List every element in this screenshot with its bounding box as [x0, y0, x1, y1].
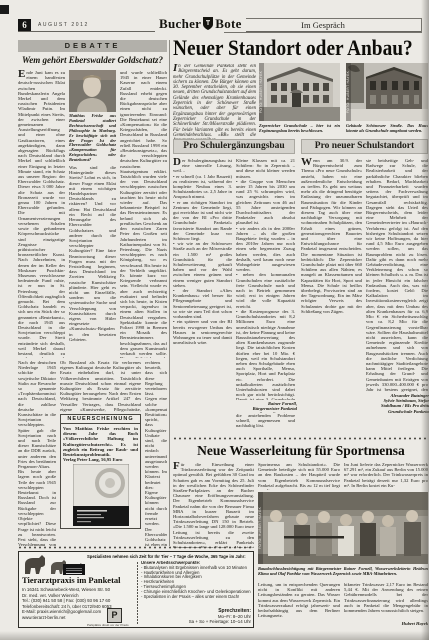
masthead-left: Bucher	[159, 15, 201, 32]
issue-date: AUGUST 2012	[38, 22, 89, 28]
debatte-kicker: DEBATTE	[18, 40, 167, 52]
wasser-col5: bikmeter Trinkwasser 2,17 Euro im Bestan…	[344, 582, 428, 622]
column-divider	[169, 40, 170, 546]
page-edge-shadow-bottom	[0, 631, 429, 640]
pipeline-photo-credit: FOTO: HUBERT HAYEK	[258, 492, 263, 564]
portrait-caption: Matthias Friske aus Panketal studiert Re…	[69, 114, 116, 163]
dotted-rule-ad	[18, 546, 254, 549]
book-box-text: Von Matthias Friske erschien in diesem J…	[63, 426, 138, 457]
ad-address: In 16341 Schwanebeck-West, Wiesen Str. 5…	[22, 587, 132, 592]
debatte-bottom-mid: Ob Russland als Ersatz für verlorenes ei…	[60, 360, 141, 546]
portrait-photo	[69, 70, 116, 112]
book-cover-image	[73, 464, 129, 526]
book-announcement-box: NEUERSCHEINUNG Von Matthias Friske ersch…	[60, 414, 141, 529]
debatte-columns: Ende Juni kam es zu einem handfesten deu…	[18, 70, 167, 358]
debatte-bottom-mid-text: Ob Russland als Ersatz für verlorenes ei…	[60, 360, 141, 412]
masthead: Bucher Bote	[155, 15, 246, 32]
section-title: Im Gespräch	[225, 19, 421, 32]
wasser-col1: Für die Einweihung einer Trinkwasserleit…	[173, 462, 254, 548]
page-number: 6	[18, 19, 31, 31]
debatte-col1: Ende Juni kam es zu einem handfesten deu…	[18, 70, 65, 358]
newspaper-page: 6 AUGUST 2012 Im Gespräch Bucher Bote DE…	[0, 0, 429, 640]
parking-note: Parkplätze direkt vor der Praxis	[87, 624, 137, 627]
vet-ad: Spezialisten nehmen sich Zeit für Ihr Ti…	[18, 551, 254, 628]
masthead-right: Bote	[215, 15, 241, 32]
school-photo-2-caption: Gebäude Schönower Straße. Das Haus könnt…	[346, 124, 428, 134]
photo1-credit: FOTO: HUBERT HAYEK	[259, 63, 264, 121]
school-photo-2: FOTO: HUBERT HAYEK	[346, 63, 428, 121]
pro1-signature: Rainer Fornell, Bürgermeister Panketal	[236, 400, 297, 412]
pro1-col2: Kleine Klassen mit ca. 21 Schülern: So i…	[236, 158, 295, 434]
pro2-col1: Wenn am 30.9. der Bürgerentscheid zum Th…	[301, 158, 362, 434]
wasser-col4: Leitung, um in entsprechenden Querungen …	[258, 582, 340, 628]
ad-phone: Tel.: (030) 941 50 58 | Fax: (030) 93 96…	[22, 598, 132, 603]
debatte-bottom: Nach der deutschen Niederlage 1945 schic…	[18, 360, 167, 546]
pipeline-photo-caption: Bauabschlussbesichtigung mit Bürgermeist…	[258, 567, 428, 577]
ad-hours: Sprechzeiten: Mo–Fr: 8–20 Uhr Sa + So + …	[141, 609, 251, 624]
book-box-publisher: Verlag Peter Lang, 56,95 Euro	[63, 457, 138, 462]
pipeline-opening-photo: FOTO: HUBERT HAYEK	[258, 492, 428, 564]
dotted-rule-main	[173, 437, 428, 440]
ad-service-item: Spezialisten in der Praxis – alles unter…	[141, 595, 252, 600]
pro2-signature: Alexander Butzinger, Sylvie Steinbaum, S…	[360, 392, 429, 415]
ad-title: Tierarztpraxis im Panketal	[22, 576, 134, 585]
debatte-bottom-right: rechtens beurteilt, dass sich diese Rege…	[145, 360, 167, 546]
main-headline: Neuer Standort oder Anbau?	[173, 36, 429, 60]
ad-doctor: Dr. med. vet. Volker Wienrich	[22, 593, 132, 598]
ad-hours-weekend: Sa + So + Feiertage: 10–14 Uhr	[141, 619, 251, 624]
debatte-title: Wem gehört Eberswalder Goldschatz?	[18, 55, 167, 66]
wasser-headline: Neue Wasserleitung für Sportmensa	[173, 443, 429, 459]
ad-banner: Spezialisten nehmen sich Zeit für Ihr Ti…	[87, 554, 253, 559]
photo2-credit: FOTO: HUBERT HAYEK	[346, 63, 351, 121]
debatte-col2: Was sind die Hintergründe dieses Streits…	[69, 165, 116, 351]
ad-services: Unsere Arbeitsschwerpunkte: Blutanalysen…	[141, 561, 252, 605]
school-photo-1: FOTO: HUBERT HAYEK	[259, 63, 340, 121]
wasser-author: Hubert Hayek	[344, 621, 428, 626]
scan-corner-artifact	[0, 5, 9, 14]
section-title-box: Im Gespräch	[224, 18, 422, 33]
ad-divider	[137, 562, 138, 625]
ad-badge	[63, 564, 85, 575]
wasser-col2: Sportmensa am Schulstandort«. Die Gemein…	[258, 462, 340, 490]
wasser-col3: Im Juni lieferte das Zepernicker Wasserw…	[344, 462, 428, 490]
pro1-col1: Der Schulergänzungsbau ist eine sinnvoll…	[173, 158, 232, 434]
debatte-col2-wrap: Matthias Friske aus Panketal studiert Re…	[69, 70, 116, 358]
pro1-header: Pro Schulergänzungsbau	[173, 139, 295, 154]
school-photo-1-caption: Zepernicker Grundschule – hier ist ein E…	[259, 124, 340, 134]
page-edge-shadow-right	[421, 0, 429, 640]
book-box-title: NEUERSCHEINUNG	[61, 415, 140, 424]
parking-icon: P	[107, 608, 122, 623]
pro2-header: Pro neuer Schulstandort	[301, 139, 428, 154]
masthead-shield-icon	[203, 17, 213, 30]
debatte-bottom-left: Nach der deutschen Niederlage 1945 schic…	[18, 360, 56, 546]
debatte-col3: und wurde schließlich 1945 in einer Haue…	[120, 70, 167, 358]
